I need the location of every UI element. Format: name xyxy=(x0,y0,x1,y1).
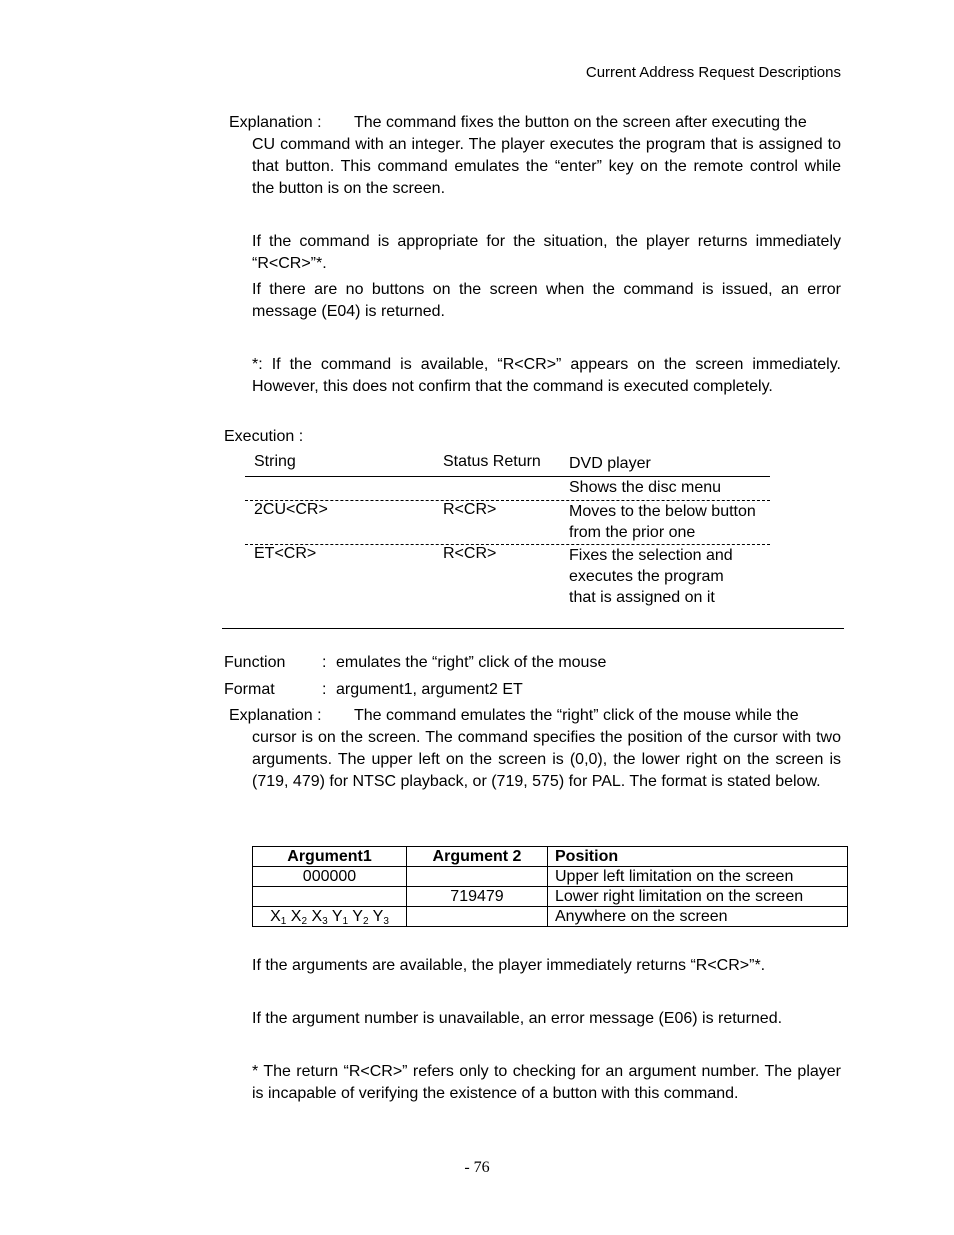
header-position: Position xyxy=(548,847,848,867)
execution-label: Execution : xyxy=(224,428,303,446)
argument-error-paragraph: If the argument number is unavailable, a… xyxy=(252,1008,841,1030)
table-row: 719479 Lower right limitation on the scr… xyxy=(253,887,848,907)
explanation-first-line: The command fixes the button on the scre… xyxy=(354,114,807,131)
explanation-continuation: CU command with an integer. The player e… xyxy=(252,134,841,200)
table-row: 000000 Upper left limitation on the scre… xyxy=(253,867,848,887)
table-row: 2CU<CR> R<CR> Moves to the below button … xyxy=(245,501,770,545)
format-separator: : xyxy=(322,679,336,701)
arguments-return-paragraph: If the arguments are available, the play… xyxy=(252,955,841,977)
footnote-paragraph-2: * The return “R<CR>” refers only to chec… xyxy=(252,1061,841,1105)
format-row: Format:argument1, argument2 ET xyxy=(224,679,523,701)
argument-table-header: Argument1 Argument 2 Position xyxy=(253,847,848,867)
explanation-continuation-2: cursor is on the screen. The command spe… xyxy=(252,727,841,793)
coordinate-notation: X1 X2 X3 Y1 Y2 Y3 xyxy=(253,907,407,927)
explanation-block: Explanation :The command fixes the butto… xyxy=(229,112,841,134)
page-number: - 76 xyxy=(0,1159,954,1177)
explanation-label: Explanation : xyxy=(229,112,354,134)
argument-table: Argument1 Argument 2 Position 000000 Upp… xyxy=(252,846,848,927)
header-dvd-player: DVD player xyxy=(569,453,769,474)
function-separator: : xyxy=(322,652,336,674)
format-label: Format xyxy=(224,679,322,701)
error-paragraph: If there are no buttons on the screen wh… xyxy=(252,279,841,323)
function-value: emulates the “right” click of the mouse xyxy=(336,654,606,671)
header-argument1: Argument1 xyxy=(253,847,407,867)
execution-table: String Status Return DVD player Shows th… xyxy=(245,452,770,609)
footnote-paragraph: *: If the command is available, “R<CR>” … xyxy=(252,354,841,398)
explanation-label: Explanation : xyxy=(229,705,354,727)
table-row: ET<CR> R<CR> Fixes the selection and exe… xyxy=(245,545,770,609)
header-string: String xyxy=(254,453,296,471)
table-row: X1 X2 X3 Y1 Y2 Y3 Anywhere on the screen xyxy=(253,907,848,927)
function-row: Function:emulates the “right” click of t… xyxy=(224,652,606,674)
section-divider xyxy=(222,628,844,629)
running-header: Current Address Request Descriptions xyxy=(586,64,841,81)
return-paragraph: If the command is appropriate for the si… xyxy=(252,231,841,275)
table-row: Shows the disc menu xyxy=(245,477,770,501)
header-argument2: Argument 2 xyxy=(407,847,548,867)
execution-table-header: String Status Return DVD player xyxy=(245,452,770,477)
format-value: argument1, argument2 ET xyxy=(336,681,523,698)
explanation-block-2: Explanation :The command emulates the “r… xyxy=(229,705,841,727)
header-status-return: Status Return xyxy=(443,453,541,471)
explanation-first-line: The command emulates the “right” click o… xyxy=(354,707,799,724)
function-label: Function xyxy=(224,652,322,674)
